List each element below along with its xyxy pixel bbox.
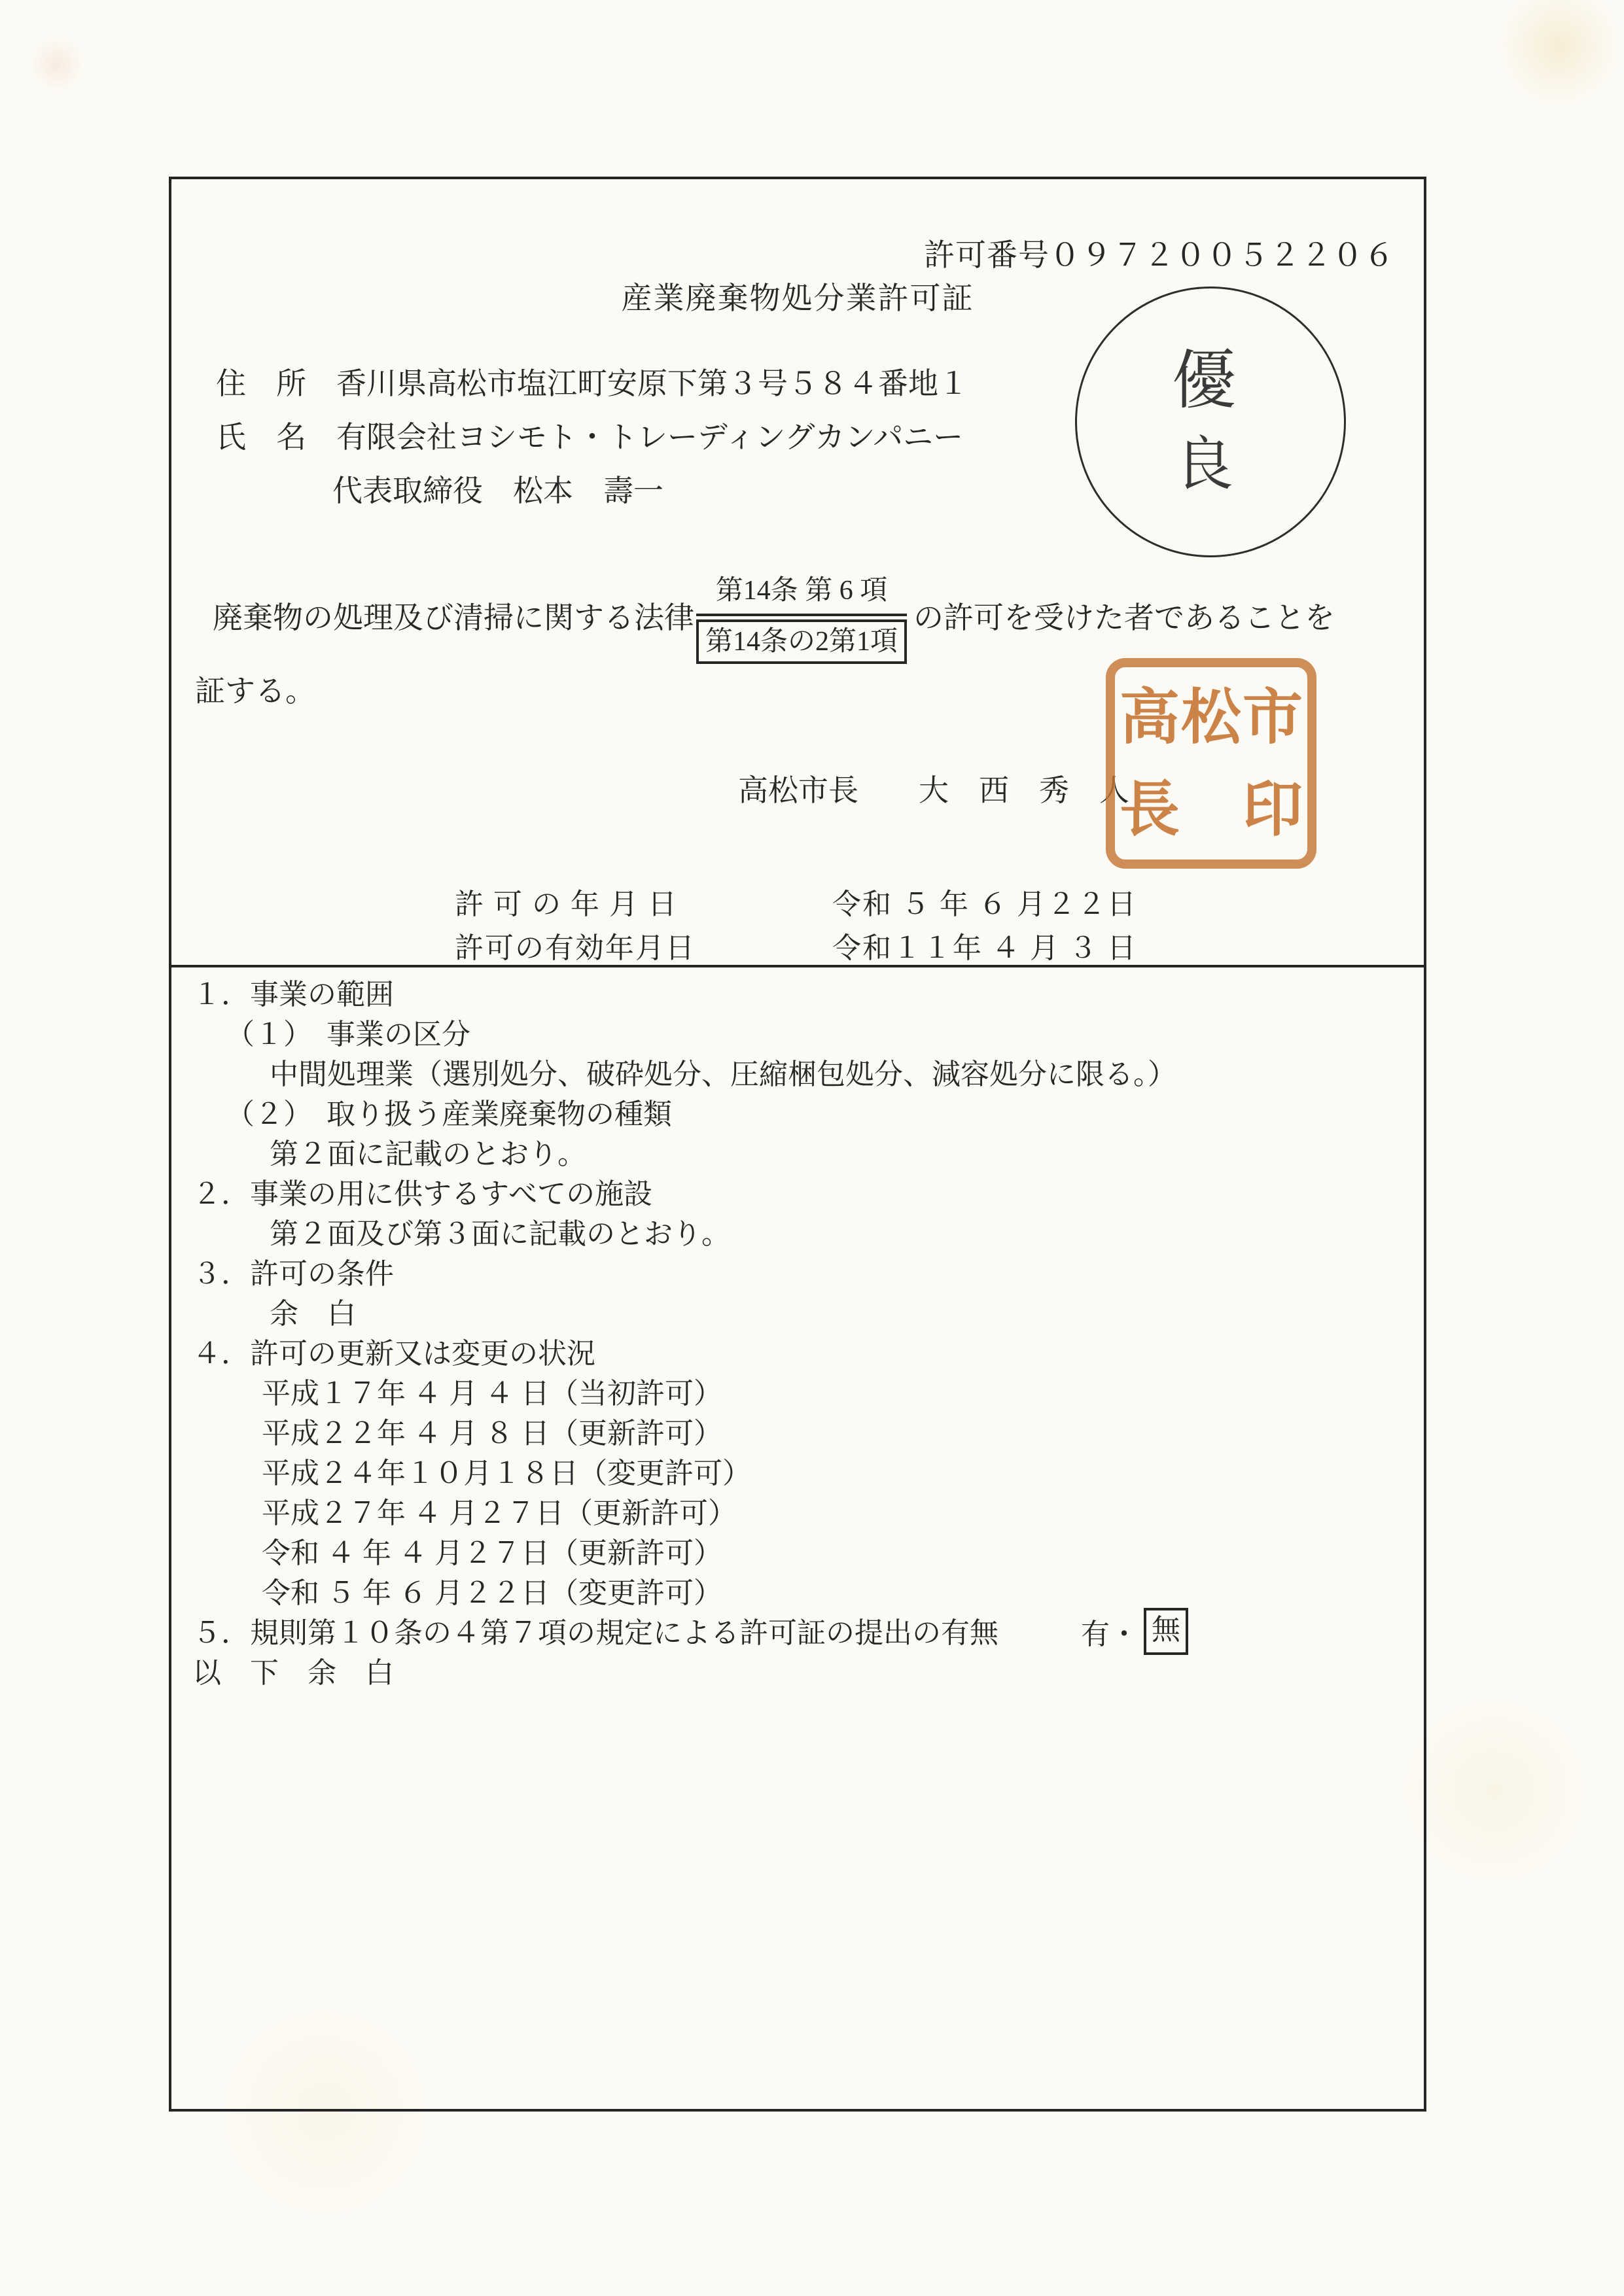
- rating-char-top: 優: [1172, 349, 1236, 413]
- section-line: １．事業の範囲: [192, 975, 1416, 1015]
- section-line: ４．許可の更新又は変更の状況: [192, 1334, 1416, 1374]
- section-line: ５．規則第１０条の４第７項の規定による許可証の提出の有無: [192, 1613, 1416, 1653]
- section-line: （１） 事業の区分: [192, 1015, 1416, 1054]
- submission-options: 有・ 無: [1081, 1608, 1188, 1655]
- excellent-rating-stamp: 優 良: [1075, 287, 1346, 557]
- holder-address-line: 住 所 香川県高松市塩江町安原下第３号５８４番地１: [216, 365, 968, 403]
- submission-no-selected-boxed: 無: [1144, 1608, 1188, 1655]
- law-clause-top-option: 第14条 第 6 項: [696, 577, 907, 616]
- section-divider: [169, 965, 1426, 967]
- section-line: 平成２２年 ４ 月 ８ 日（更新許可）: [192, 1414, 1416, 1453]
- submission-yes-option: 有・: [1081, 1610, 1139, 1652]
- law-clause-selected-boxed: 第14条の2第1項: [696, 619, 907, 664]
- valid-until-value: 令和１１年 ４ 月 ３ 日: [832, 930, 1137, 966]
- section-line: 平成２７年 ４ 月２７日（更新許可）: [192, 1493, 1416, 1533]
- holder-name-line: 氏 名 有限会社ヨシモト・トレーディングカンパニー: [216, 419, 963, 457]
- seal-char: 市: [1242, 671, 1303, 763]
- law-reference-suffix: の許可を受けた者であることを: [913, 599, 1335, 637]
- permit-certificate-page: 許可番号０９７２００５２２０６ 産業廃棄物処分業許可証 住 所 香川県高松市塩江…: [0, 0, 1624, 2296]
- section-line: ２．事業の用に供するすべての施設: [192, 1174, 1416, 1214]
- rating-char-bottom: 良: [1174, 436, 1233, 495]
- section-line: 余 白: [192, 1294, 1416, 1334]
- section-line: 第２面に記載のとおり。: [192, 1134, 1416, 1174]
- section-line: ３．許可の条件: [192, 1254, 1416, 1294]
- mayor-signature-line: 高松市長 大 西 秀 人: [738, 772, 1129, 810]
- section-line: 中間処理業（選別処分、破砕処分、圧縮梱包処分、減容処分に限る。）: [192, 1054, 1416, 1094]
- sections-list: １．事業の範囲（１） 事業の区分中間処理業（選別処分、破砕処分、圧縮梱包処分、減…: [192, 975, 1416, 1693]
- certify-statement: 証する。: [195, 672, 315, 710]
- valid-until-label: 許可の有効年月日: [455, 930, 696, 966]
- law-reference-prefix: 廃棄物の処理及び清掃に関する法律: [213, 599, 694, 637]
- issued-date-value: 令和 ５ 年 ６ 月２２日: [832, 886, 1137, 922]
- seal-char: 印: [1242, 763, 1303, 856]
- section-line: 平成１７年 ４ 月 ４ 日（当初許可）: [192, 1374, 1416, 1414]
- section-line: （２） 取り扱う産業廃棄物の種類: [192, 1094, 1416, 1134]
- permit-number: 許可番号０９７２００５２２０６: [924, 237, 1395, 275]
- issued-date-label: 許 可 の 年 月 日: [455, 886, 678, 922]
- mayor-official-seal: 高 松 市 長 印: [1106, 658, 1316, 869]
- seal-char: 松: [1180, 671, 1242, 763]
- seal-char: [1180, 763, 1242, 856]
- seal-char: 長: [1119, 763, 1180, 856]
- holder-representative-line: 代表取締役 松本 壽一: [332, 472, 663, 510]
- seal-char: 高: [1119, 671, 1180, 763]
- section-line: 平成２４年１０月１８日（変更許可）: [192, 1453, 1416, 1493]
- section-line: 以 下 余 白: [192, 1653, 1416, 1693]
- section-line: 第２面及び第３面に記載のとおり。: [192, 1214, 1416, 1254]
- law-clause-options: 第14条 第 6 項 第14条の2第1項: [696, 577, 907, 664]
- section-line: 令和 ４ 年 ４ 月２７日（更新許可）: [192, 1533, 1416, 1573]
- section-line: 令和 ５ 年 ６ 月２２日（変更許可）: [192, 1573, 1416, 1613]
- excellent-rating-text: 優 良: [1172, 349, 1236, 495]
